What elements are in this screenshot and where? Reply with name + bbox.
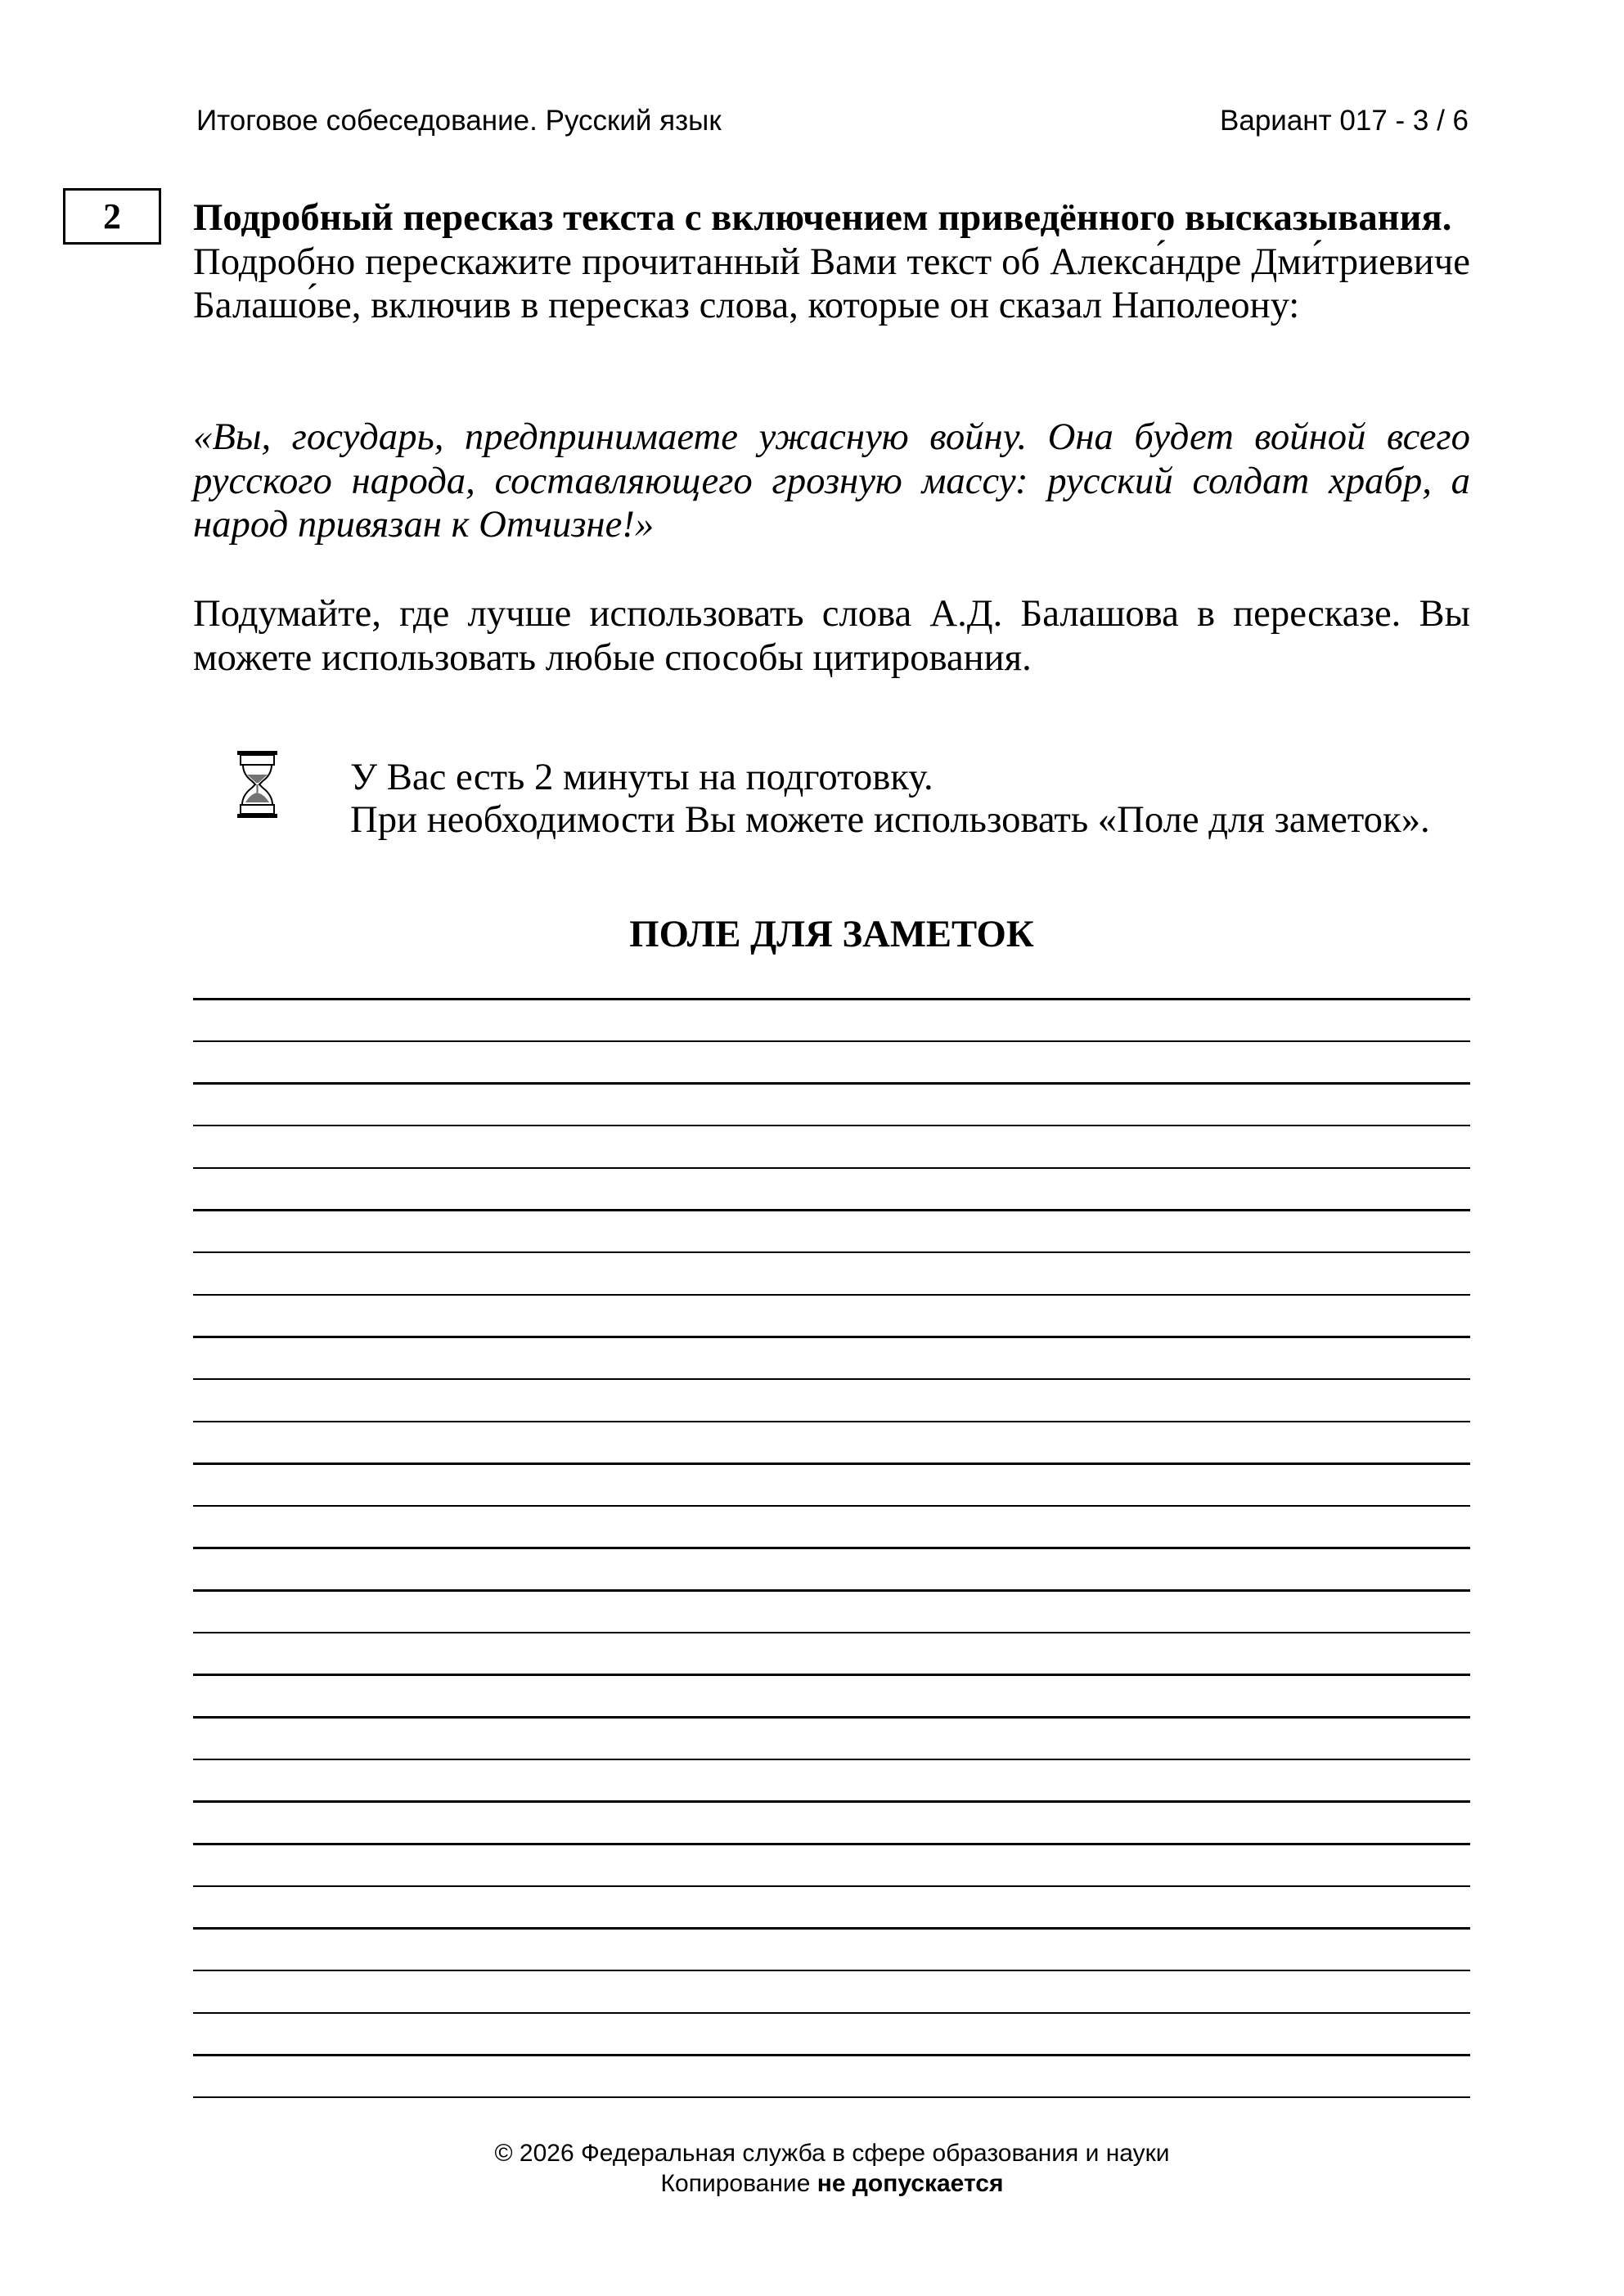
note-line	[193, 1759, 1470, 1761]
task-number-box: 2	[63, 188, 161, 245]
footer: © 2026 Федеральная служба в сфере образо…	[0, 2138, 1624, 2199]
note-line	[193, 1040, 1470, 1043]
note-line	[193, 2054, 1470, 2056]
note-line	[193, 2096, 1470, 2099]
note-line	[193, 1378, 1470, 1381]
note-line	[193, 1421, 1470, 1423]
notes-heading: ПОЛЕ ДЛЯ ЗАМЕТОК	[193, 913, 1470, 957]
closing-text: Подумайте, где лучше использовать слова …	[193, 592, 1470, 680]
note-line	[193, 1589, 1470, 1592]
note-line	[193, 1336, 1470, 1338]
notes-area[interactable]	[193, 998, 1470, 2099]
task-instruction: Подробно перескажите прочитанный Вами те…	[193, 240, 1470, 328]
note-line	[193, 1082, 1470, 1085]
note-line	[193, 1547, 1470, 1549]
note-line	[193, 1251, 1470, 1254]
note-line	[193, 1167, 1470, 1170]
note-line	[193, 1632, 1470, 1634]
note-line	[193, 1674, 1470, 1676]
note-line	[193, 1294, 1470, 1296]
note-line	[193, 1927, 1470, 1930]
task-intro: Подробный пересказ текста с включением п…	[193, 196, 1470, 328]
note-line	[193, 1843, 1470, 1845]
note-line	[193, 1800, 1470, 1803]
note-line	[193, 2012, 1470, 2015]
timer-instructions: У Вас есть 2 минуты на подготовку. При н…	[350, 756, 1430, 841]
hourglass-icon	[236, 750, 279, 820]
note-line	[193, 1209, 1470, 1211]
task-quote: «Вы, государь, предпринимаете ужасную во…	[193, 416, 1470, 547]
timer-line-1: У Вас есть 2 минуты на подготовку.	[350, 756, 1430, 798]
note-line	[193, 1970, 1470, 1972]
task-title: Подробный пересказ текста с включением п…	[193, 196, 1470, 240]
footer-copy-regular: Копирование	[661, 2170, 817, 2197]
timer-line-2: При необходимости Вы можете использовать…	[350, 798, 1430, 841]
quote-text: «Вы, государь, предпринимаете ужасную во…	[193, 416, 1470, 547]
header-subject: Итоговое собеседование. Русский язык	[196, 105, 722, 137]
note-line	[193, 1716, 1470, 1719]
header-variant-page: Вариант 017 - 3 / 6	[1220, 105, 1469, 137]
task-number: 2	[103, 195, 121, 237]
footer-copy-notice: Копирование не допускается	[0, 2168, 1624, 2199]
note-line	[193, 998, 1470, 1000]
note-line	[193, 1885, 1470, 1888]
footer-copyright: © 2026 Федеральная служба в сфере образо…	[0, 2138, 1624, 2168]
note-line	[193, 1125, 1470, 1127]
note-line	[193, 1505, 1470, 1507]
footer-copy-bold: не допускается	[817, 2170, 1004, 2197]
note-line	[193, 1463, 1470, 1465]
task-closing: Подумайте, где лучше использовать слова …	[193, 592, 1470, 680]
